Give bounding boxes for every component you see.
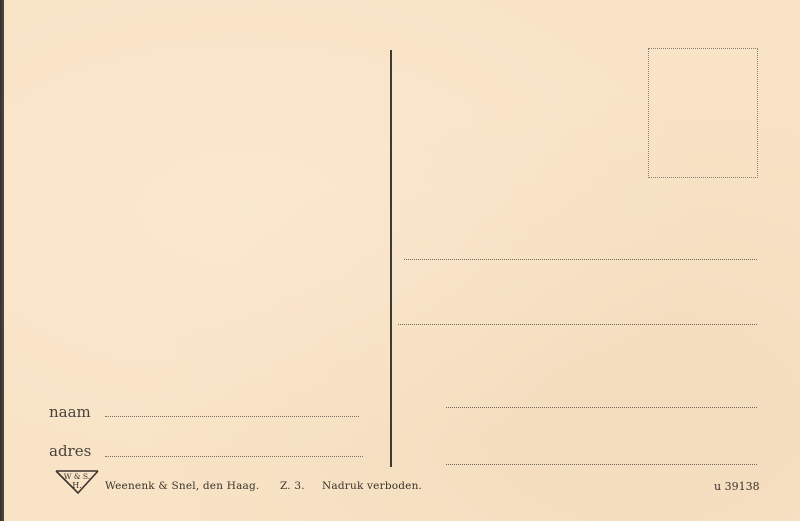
publisher-logo: W & S. H.: [54, 469, 102, 493]
serial-number: u 39138: [714, 480, 760, 493]
sender-address-label: adres: [49, 442, 91, 460]
postcard-back: naam adres W & S. H. Weenenk & Snel, den…: [2, 0, 800, 521]
publisher-text: Weenenk & Snel, den Haag.: [105, 480, 259, 492]
address-line-1: [404, 259, 757, 260]
address-line-3: [446, 407, 757, 408]
center-divider: [390, 50, 392, 467]
address-line-4: [446, 464, 757, 465]
card-edge: [2, 0, 4, 521]
series-text: Z. 3.: [280, 480, 305, 492]
logo-top-text: W & S.: [64, 472, 90, 481]
logo-bottom-text: H.: [72, 481, 82, 490]
sender-name-label: naam: [49, 403, 91, 421]
sender-name-line: [105, 416, 359, 417]
copyright-notice: Nadruk verboden.: [322, 480, 422, 492]
stamp-box: [648, 48, 758, 178]
address-line-2: [398, 324, 757, 325]
sender-address-line: [105, 456, 363, 457]
